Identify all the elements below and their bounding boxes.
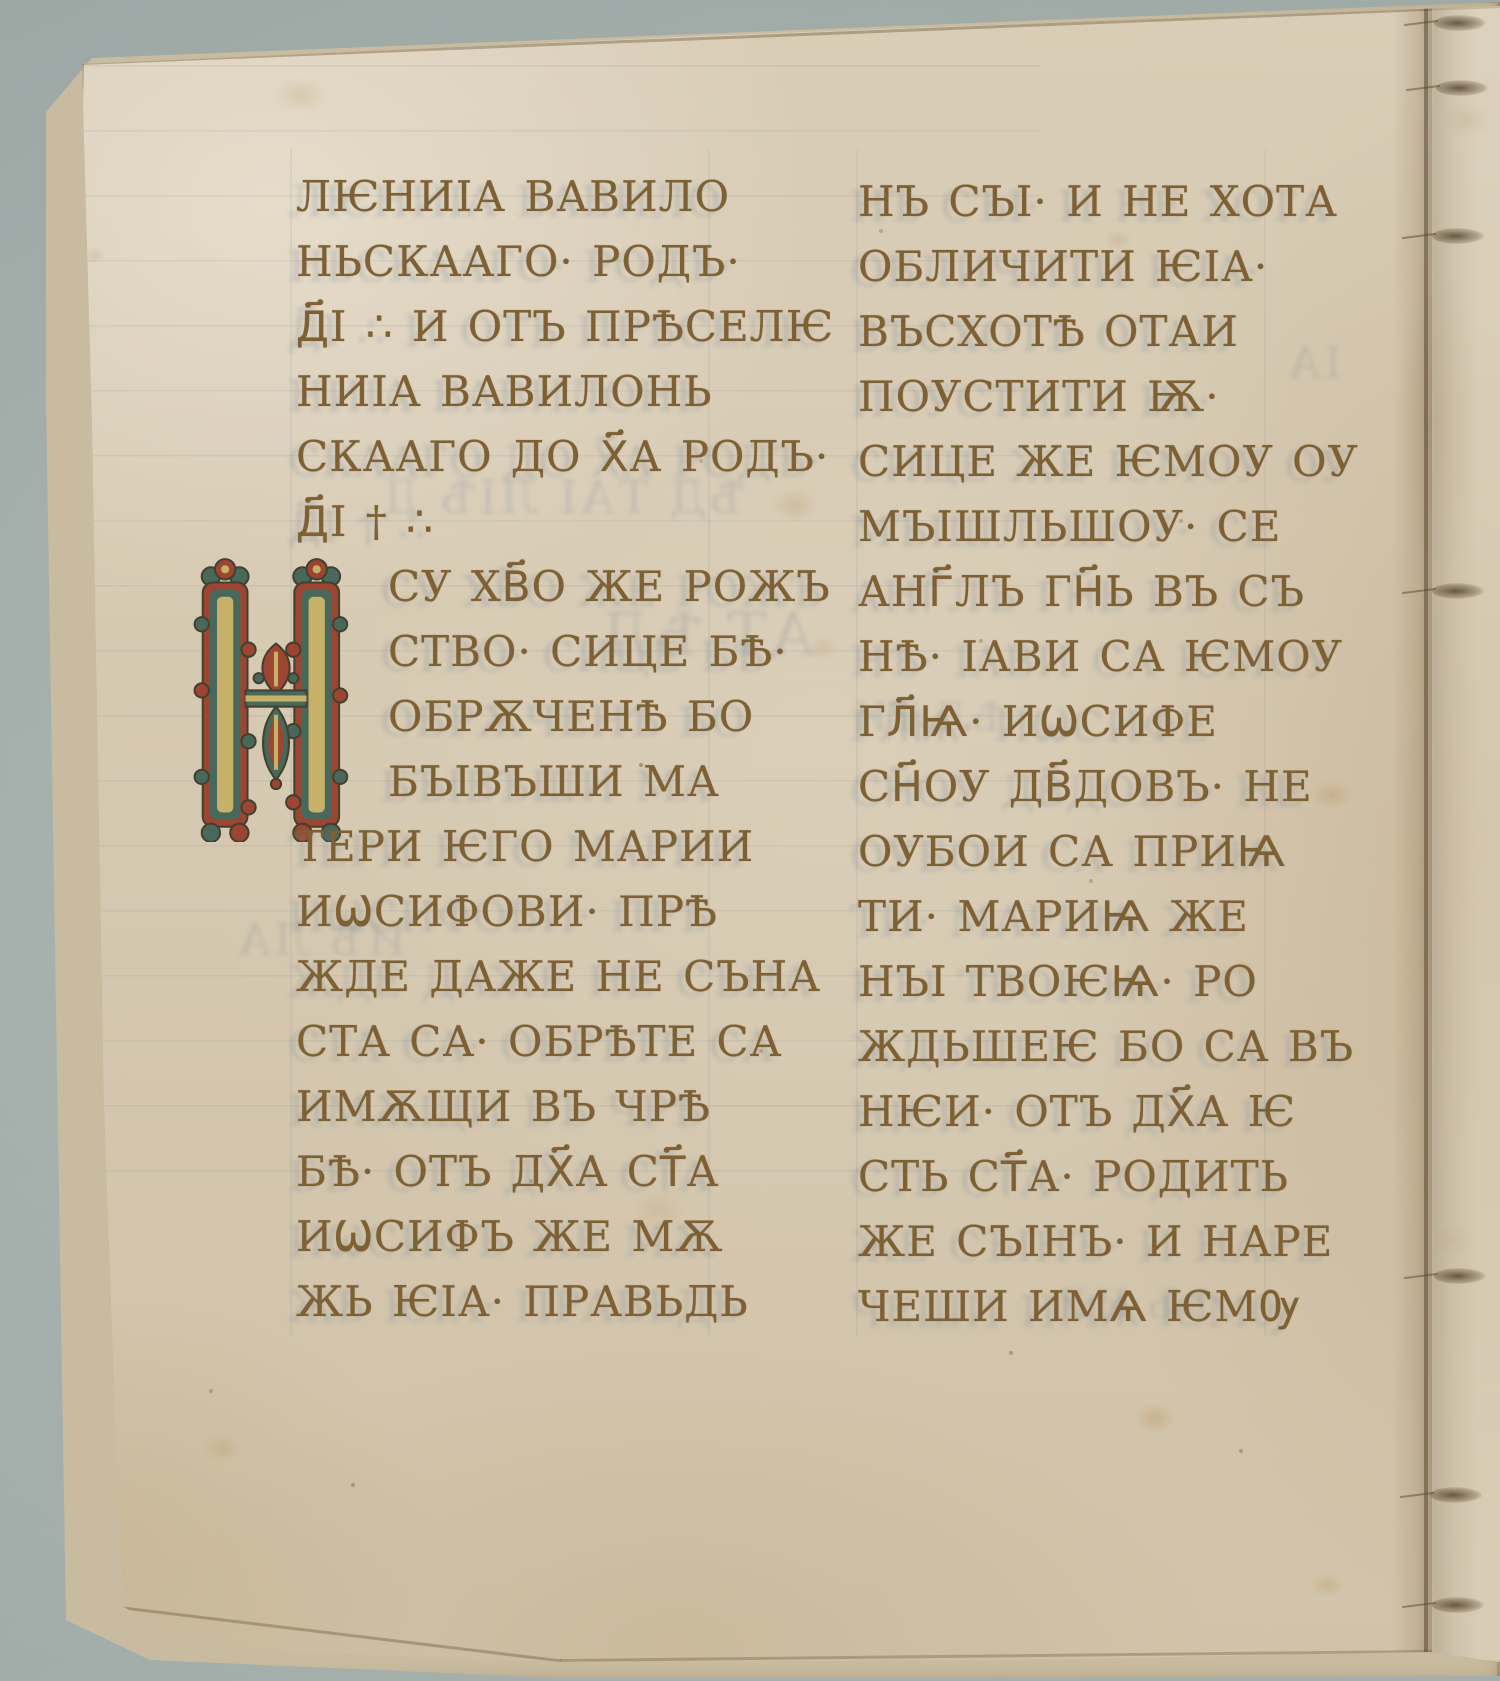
text-line: ЖЬ ѤІА· ПРАВЬДЬ <box>296 1269 834 1334</box>
text-line: Д҃І † ∴ <box>296 489 834 554</box>
text-line: СИЦЕ ЖЕ ѤМОУ ОУ <box>858 429 1359 494</box>
text-line: НЪ СЪІ· И НЕ ХОТА <box>858 169 1359 234</box>
text-line: СТЬ СТ҃А· РОДИТЬ <box>858 1144 1359 1209</box>
text-line: НЪІ ТВОѤѨ· РО <box>858 949 1359 1014</box>
text-line: НИІА ВАВИЛОНЬ <box>296 359 834 424</box>
text-line: БѢ· ОТЪ ДХ҃А СТ҃А <box>296 1139 834 1204</box>
text-line: БЪІВЪШИ МА <box>296 749 834 814</box>
text-line: ПОУСТИТИ Ѭ· <box>858 364 1359 429</box>
text-line: НѢ· ІАВИ СА ѤМОУ <box>858 624 1359 689</box>
sewing-thread <box>1436 80 1488 96</box>
text-line: ВЪСХОТѢ ОТАИ <box>858 299 1359 364</box>
text-line: Д҃І ∴ И ОТЪ ПРѢСЕЛѤ <box>296 294 834 359</box>
text-line: ОУБОИ СА ПРИѨ <box>858 819 1359 884</box>
text-line: СКААГО ДО Х҃А РОДЪ· <box>296 424 834 489</box>
text-column-left: ЛѤНИІА ВАВИЛО НЬСКААГО· РОДЪ· Д҃І ∴ И ОТ… <box>296 164 834 1334</box>
text-line: ИМѪЩИ ВЪ ЧРѢ <box>296 1074 834 1139</box>
gutter-crease <box>1424 0 1428 1655</box>
sewing-thread <box>1432 228 1484 244</box>
text-line: НѤИ· ОТЪ ДХ҃А Ѥ <box>858 1079 1359 1144</box>
text-line: ИѠСИФЪ ЖЕ МѪ <box>296 1204 834 1269</box>
text-line: СН҃ОУ ДВ҃ДОВЪ· НЕ <box>858 754 1359 819</box>
sewing-thread <box>1432 1597 1484 1613</box>
text-line: ЖДЕ ДАЖЕ НЕ СЪНА <box>296 944 834 1009</box>
text-line: НЬСКААГО· РОДЪ· <box>296 229 834 294</box>
parchment-leaf: ѢД ТАІ ЛІѢ Д АТ ѢЛ ИѢ ЛА ѢЛ ТИ ѢЪ ИЛ ІА <box>0 0 1500 1681</box>
sewing-thread <box>1434 15 1486 31</box>
text-column-right: НЪ СЪІ· И НЕ ХОТА ОБЛИЧИТИ ѤІА· ВЪСХОТѢ … <box>858 169 1359 1339</box>
text-line: СТА СА· ОБРѢТЕ СА <box>296 1009 834 1074</box>
text-line: ЖДЬШЕѤ БО СА ВЪ <box>858 1014 1359 1079</box>
sewing-thread <box>1430 1487 1482 1503</box>
text-line: ЧЕШИ ИМѦ ѤМѸ <box>858 1274 1359 1339</box>
adjacent-leaf-beyond-fold <box>1432 0 1500 1660</box>
text-line: АНГ҃ЛЪ ГН҃Ь ВЪ СЪ <box>858 559 1359 624</box>
text-line: ОБЛИЧИТИ ѤІА· <box>858 234 1359 299</box>
text-line: ЖЕ СЪІНЪ· И НАРЕ <box>858 1209 1359 1274</box>
text-line: СТВО· СИЦЕ БѢ· <box>296 619 834 684</box>
text-line: ГЛ҃Ѩ· ИѠСИФЕ <box>858 689 1359 754</box>
text-line: МЪІШЛЬШОУ· СЕ <box>858 494 1359 559</box>
text-line: ЛѤНИІА ВАВИЛО <box>296 164 834 229</box>
sewing-thread <box>1432 583 1484 599</box>
text-line: ТИ· МАРИѨ ЖЕ <box>858 884 1359 949</box>
text-line: СУ ХВ҃О ЖЕ РОЖЪ <box>296 554 834 619</box>
sewing-thread <box>1434 1268 1486 1284</box>
text-line: ОБРѪЧЕНѢ БО <box>296 684 834 749</box>
text-line: ТЕРИ ѤГО МАРИИ <box>296 814 834 879</box>
text-line: ИѠСИФОВИ· ПРѢ <box>296 879 834 944</box>
manuscript-photo: ѢД ТАІ ЛІѢ Д АТ ѢЛ ИѢ ЛА ѢЛ ТИ ѢЪ ИЛ ІА <box>0 0 1500 1681</box>
